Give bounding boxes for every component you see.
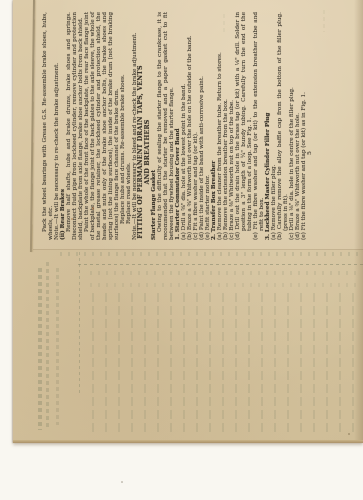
main-heading: FITTING OF PERMANENT DRAIN TAPS, VENTS A… — [138, 64, 151, 240]
paper-speck — [92, 207, 94, 210]
starter-flange-gasket-body: Owing to the difficulty of sealing the s… — [157, 12, 175, 240]
paper-speck — [348, 433, 350, 435]
page-bottom-edge — [13, 440, 363, 443]
leaf-bottom-edge — [33, 249, 363, 250]
rear-brakes-paragraph: Remove half shafts, hubs and brake drums… — [66, 12, 84, 240]
showthrough-row-band — [90, 283, 360, 287]
page-number: 5 — [307, 12, 313, 240]
showthrough-heading-line — [56, 268, 59, 425]
rear-brakes-paragraph: Paint the whole of the front face of the… — [84, 12, 120, 240]
page-content: Pack the wheel bearings with Grease G.S.… — [40, 12, 352, 240]
showthrough-dotted-rule — [79, 252, 80, 395]
background-speck — [121, 481, 123, 483]
paper-speck — [71, 218, 73, 220]
showthrough-table-rows — [92, 293, 360, 432]
showthrough-row-band — [60, 252, 360, 256]
section-2-item: (e) Fit the fibre washer and tap (or kit… — [253, 12, 265, 240]
document-page: Pack the wheel bearings with Grease G.S.… — [13, 0, 363, 443]
scan-background: Pack the wheel bearings with Grease G.S.… — [0, 0, 363, 500]
showthrough-heading-line — [46, 262, 49, 430]
page-right-edge-shading — [354, 0, 363, 443]
showthrough-heading-line — [38, 268, 42, 430]
section-3-item: (b) Carefully remove the alloy baffle ca… — [277, 12, 289, 240]
section-2-item: (d) Drill out the drain hole in the bras… — [235, 12, 253, 240]
intro-continuation: Pack the wheel bearings with Grease G.S.… — [42, 12, 54, 240]
showthrough-dotted-rule — [78, 264, 363, 265]
showthrough-row-band — [90, 271, 360, 275]
